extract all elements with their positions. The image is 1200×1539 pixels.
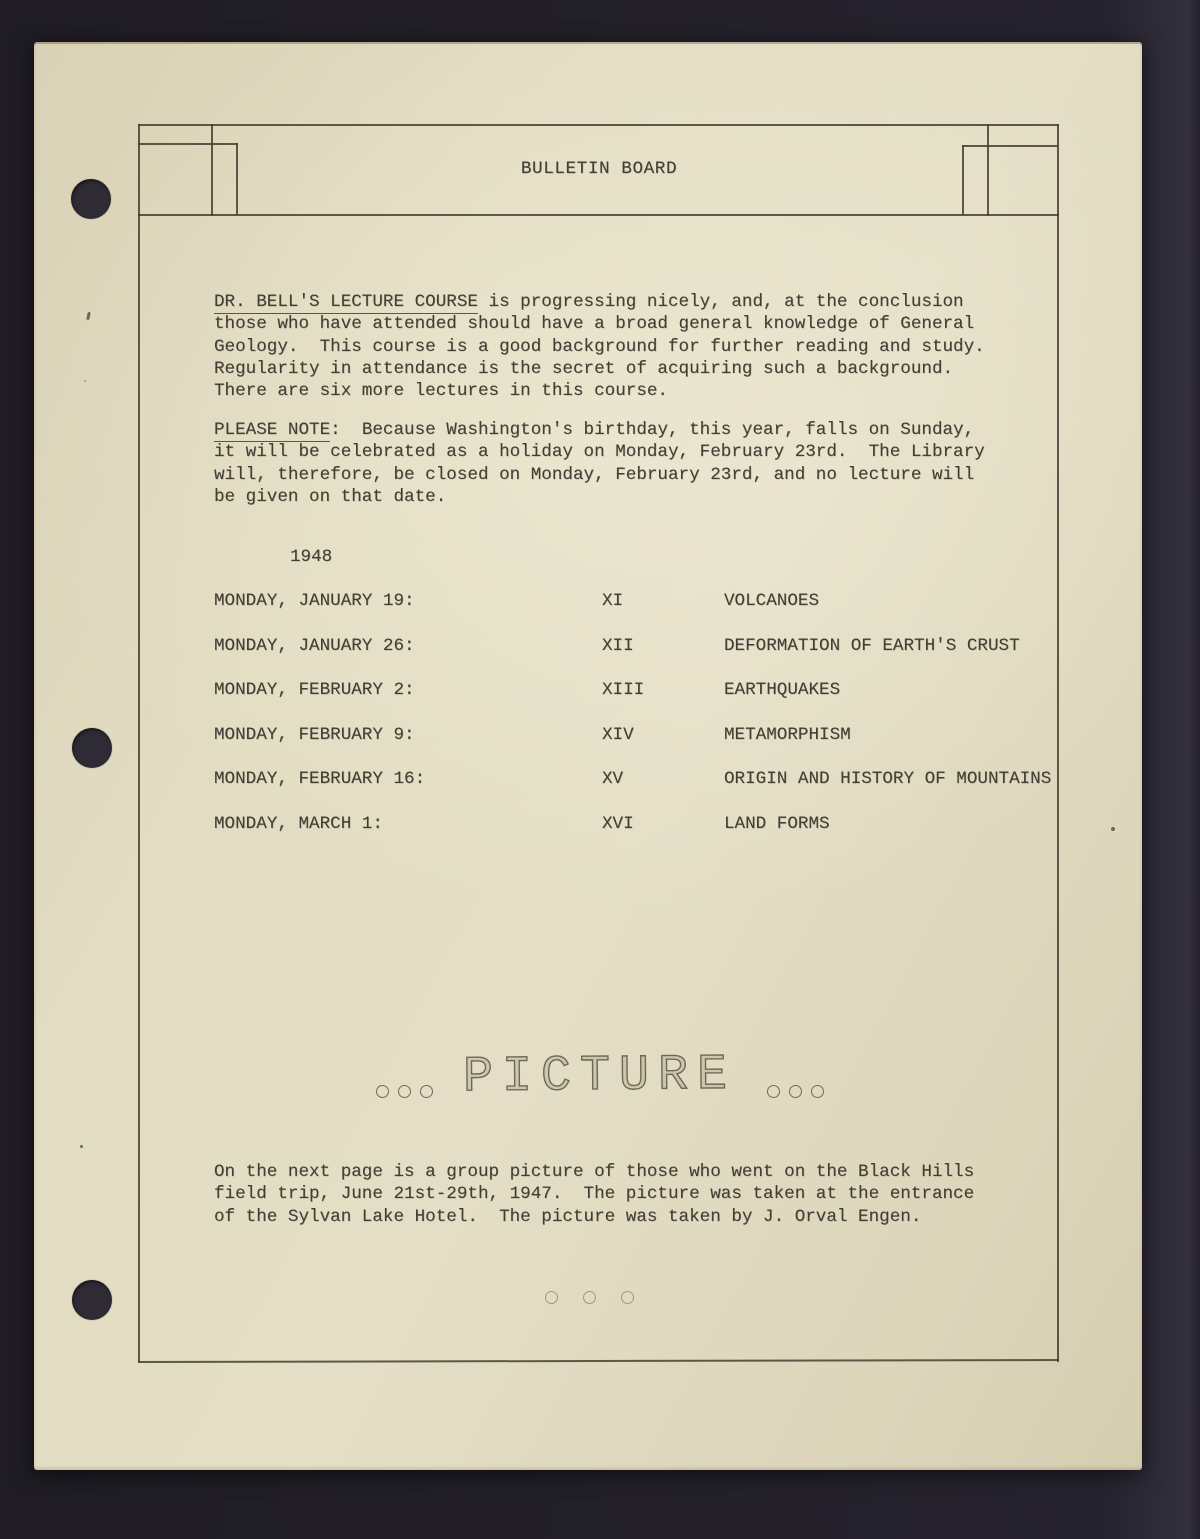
paragraph-text: is progressing nicely, and, at the concl… (478, 292, 964, 312)
schedule-row: MONDAY, FEBRUARY 2: XIII EARTHQUAKES (214, 679, 1059, 701)
schedule-date: MONDAY, JANUARY 26: (214, 635, 415, 657)
paragraph-text: it will be celebrated as a holiday on Mo… (214, 441, 1064, 463)
schedule-row: MONDAY, FEBRUARY 16: XV ORIGIN AND HISTO… (214, 768, 1059, 790)
schedule-date: MONDAY, FEBRUARY 9: (214, 724, 415, 746)
circle-icon (767, 1085, 780, 1098)
dot-ornament-right (767, 1085, 824, 1098)
schedule-topic: LAND FORMS (724, 813, 830, 835)
paragraph-lecture-course: DR. BELL'S LECTURE COURSE is progressing… (214, 291, 1064, 402)
page-title: BULLETIN BOARD (521, 159, 677, 179)
paragraph-text: be given on that date. (214, 486, 1064, 508)
ink-speck (1111, 827, 1115, 831)
schedule-topic: DEFORMATION OF EARTH'S CRUST (724, 635, 1020, 657)
paragraph-text: will, therefore, be closed on Monday, Fe… (214, 464, 1064, 486)
schedule-numeral: XV (602, 768, 623, 790)
punch-hole-bottom (72, 1280, 112, 1320)
picture-banner: PICTURE (0, 1036, 1200, 1116)
schedule-numeral: XIII (602, 679, 644, 701)
scanned-bulletin-page: BULLETIN BOARD DR. BELL'S LECTURE COURSE… (0, 0, 1200, 1539)
schedule-numeral: XI (602, 590, 623, 612)
paragraph-text: Geology. This course is a good backgroun… (214, 336, 1064, 358)
schedule-topic: VOLCANOES (724, 590, 819, 612)
circle-icon (398, 1085, 411, 1098)
paragraph-text: of the Sylvan Lake Hotel. The picture wa… (214, 1206, 1064, 1228)
circle-icon (621, 1291, 634, 1304)
schedule-row: MONDAY, JANUARY 19: XI VOLCANOES (214, 590, 1059, 612)
circle-icon (376, 1085, 389, 1098)
circle-icon (811, 1085, 824, 1098)
circle-icon (420, 1085, 433, 1098)
schedule-numeral: XII (602, 635, 634, 657)
paragraph-text: : Because Washington's birthday, this ye… (330, 420, 974, 440)
schedule-row: MONDAY, FEBRUARY 9: XIV METAMORPHISM (214, 724, 1059, 746)
header-band: BULLETIN BOARD (211, 124, 987, 214)
schedule-topic: METAMORPHISM (724, 724, 851, 746)
paragraph-text: field trip, June 21st-29th, 1947. The pi… (214, 1183, 1064, 1205)
border-left-line (138, 124, 140, 1362)
paragraph-lead: DR. BELL'S LECTURE COURSE (214, 292, 478, 314)
schedule-numeral: XVI (602, 813, 634, 835)
paragraph-closing: On the next page is a group picture of t… (214, 1161, 1064, 1228)
paragraph-text: On the next page is a group picture of t… (214, 1161, 1064, 1183)
circle-icon (583, 1291, 596, 1304)
schedule-row: MONDAY, JANUARY 26: XII DEFORMATION OF E… (214, 635, 1059, 657)
lecture-schedule: MONDAY, JANUARY 19: XI VOLCANOES MONDAY,… (214, 590, 1059, 858)
paragraph-text: those who have attended should have a br… (214, 313, 1064, 335)
schedule-date: MONDAY, MARCH 1: (214, 813, 383, 835)
paragraph-please-note: PLEASE NOTE: Because Washington's birthd… (214, 419, 1064, 508)
circle-icon (789, 1085, 802, 1098)
punch-hole-top (71, 179, 111, 219)
header-band-bottom-line (138, 214, 1059, 216)
schedule-topic: EARTHQUAKES (724, 679, 840, 701)
punch-hole-middle (72, 728, 112, 768)
ink-speck (80, 1145, 83, 1148)
paragraph-text: There are six more lectures in this cour… (214, 380, 1064, 402)
schedule-numeral: XIV (602, 724, 634, 746)
footer-dot-ornament (545, 1291, 634, 1304)
schedule-topic: ORIGIN AND HISTORY OF MOUNTAINS (724, 768, 1051, 790)
header-right-divider (987, 124, 989, 216)
schedule-date: MONDAY, FEBRUARY 16: (214, 768, 425, 790)
schedule-date: MONDAY, FEBRUARY 2: (214, 679, 415, 701)
paragraph-lead: PLEASE NOTE (214, 420, 330, 442)
circle-icon (545, 1291, 558, 1304)
paragraph-text: Regularity in attendance is the secret o… (214, 358, 1064, 380)
dot-ornament-left (376, 1085, 433, 1098)
ink-speck (84, 380, 86, 382)
schedule-date: MONDAY, JANUARY 19: (214, 590, 415, 612)
schedule-row: MONDAY, MARCH 1: XVI LAND FORMS (214, 813, 1059, 835)
picture-banner-word: PICTURE (463, 1046, 737, 1105)
schedule-year: 1948 (290, 546, 332, 568)
